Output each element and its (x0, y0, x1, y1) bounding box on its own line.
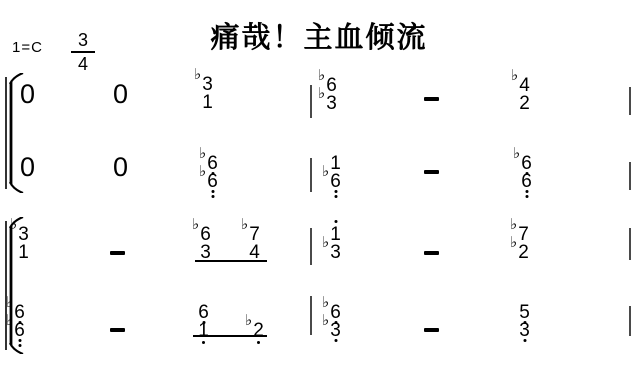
jianpu-note: 6♭ (14, 321, 25, 340)
beam-line (193, 335, 267, 337)
flat-sign: ♭ (192, 217, 199, 232)
jianpu-note: 3♭ (330, 243, 341, 262)
score-page: 痛哉！主血倾流 1=C 3 4 003♭16♭3♭4♭2006♭6♭16♭6♭6… (0, 0, 638, 375)
jianpu-note: 6♭ (330, 172, 341, 191)
flat-sign: ♭ (511, 68, 518, 83)
jianpu-note: 2♭ (253, 321, 264, 340)
dash-sustain (424, 170, 439, 174)
flat-sign: ♭ (322, 295, 329, 310)
octave-dot-below (211, 190, 214, 193)
flat-sign: ♭ (6, 295, 13, 310)
dash-sustain (110, 251, 125, 255)
score-body: 003♭16♭3♭4♭2006♭6♭16♭6♭63♭16♭37♭413♭7♭2♭… (0, 0, 638, 375)
octave-dot-below (525, 195, 528, 198)
jianpu-note: 1 (202, 93, 213, 112)
octave-dot-above (334, 220, 337, 223)
barline (629, 228, 631, 260)
jianpu-note: 6♭ (207, 172, 218, 191)
flat-sign: ♭ (10, 217, 17, 232)
rest-note: 0 (20, 81, 35, 108)
barline (310, 85, 312, 118)
jianpu-note: 3♭ (326, 94, 337, 113)
flat-sign: ♭ (199, 164, 206, 179)
jianpu-note: 3♭ (330, 321, 341, 340)
jianpu-note: 2♭ (518, 243, 529, 262)
barline (629, 87, 631, 115)
octave-dot-below (525, 190, 528, 193)
flat-sign: ♭ (6, 313, 13, 328)
octave-dot-below (257, 341, 260, 344)
barline (629, 162, 631, 190)
octave-dot-below (18, 344, 21, 347)
jianpu-note: 2 (519, 94, 530, 113)
flat-sign: ♭ (513, 146, 520, 161)
flat-sign: ♭ (194, 67, 201, 82)
jianpu-note: 3 (519, 321, 530, 340)
flat-sign: ♭ (241, 217, 248, 232)
dash-sustain (424, 251, 439, 255)
rest-note: 0 (113, 154, 128, 181)
octave-dot-below (211, 195, 214, 198)
octave-dot-below (334, 339, 337, 342)
flat-sign: ♭ (322, 164, 329, 179)
flat-sign: ♭ (318, 86, 325, 101)
barline (310, 158, 312, 192)
dash-sustain (424, 328, 439, 332)
octave-dot-below (334, 195, 337, 198)
jianpu-note: 1 (198, 321, 209, 340)
rest-note: 0 (113, 81, 128, 108)
flat-sign: ♭ (510, 235, 517, 250)
barline (310, 296, 312, 335)
flat-sign: ♭ (199, 146, 206, 161)
flat-sign: ♭ (245, 313, 252, 328)
jianpu-note: 6 (521, 172, 532, 191)
rest-note: 0 (20, 154, 35, 181)
octave-dot-below (18, 339, 21, 342)
flat-sign: ♭ (318, 68, 325, 83)
flat-sign: ♭ (322, 313, 329, 328)
octave-dot-below (202, 341, 205, 344)
beam-line (195, 260, 267, 262)
jianpu-note: 1 (18, 243, 29, 262)
dash-sustain (110, 328, 125, 332)
flat-sign: ♭ (510, 217, 517, 232)
octave-dot-below (523, 339, 526, 342)
dash-sustain (424, 97, 439, 101)
octave-dot-below (334, 190, 337, 193)
barline (310, 228, 312, 265)
flat-sign: ♭ (322, 235, 329, 250)
barline (629, 306, 631, 336)
